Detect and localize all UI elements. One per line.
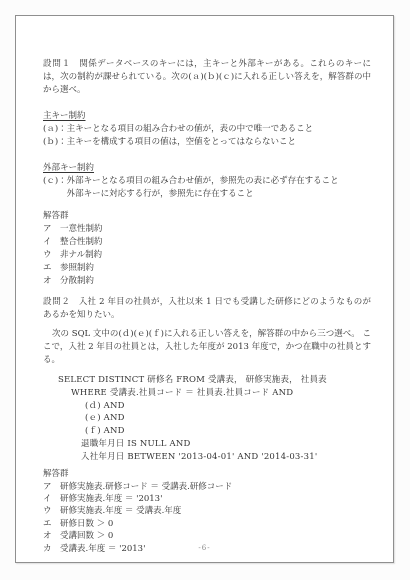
answer-key: イ — [43, 493, 60, 505]
sql-line-hiredate: 入社年月日 BETWEEN '2013-04-01' AND '2014-03-… — [81, 451, 371, 464]
question-2-intro: 設問２入社 2 年目の社員が，入社以来 1 日でも受講した研修にどのようなものが… — [43, 296, 371, 322]
answer-key: ア — [43, 223, 60, 236]
answer-text: 研修日数 ＞ 0 — [60, 518, 371, 530]
question-2-instruction: 次の SQL 文中の(ｄ)(ｅ)(ｆ)に入れる正しい答えを，解答群の中から三つ選… — [43, 328, 371, 367]
q1-answer-group-heading: 解答群 — [43, 210, 371, 223]
constraint-a-label: (ａ)： — [43, 123, 67, 136]
sql-line-blank-e: (ｅ) AND — [85, 412, 371, 425]
answer-key: オ — [43, 530, 60, 542]
constraint-b-label: (ｂ)： — [43, 136, 67, 149]
q1-answer-list: ア 一意性制約 イ 整合性制約 ウ 非ナル制約 エ 参照制約 オ 分散制約 — [43, 223, 371, 288]
answer-key: ア — [43, 481, 60, 493]
foreign-key-constraint-heading: 外部キー制約 — [43, 162, 371, 175]
answer-option: イ 研修実施表.年度 ＝ '2013' — [43, 493, 371, 505]
answer-text: 非ナル制約 — [60, 249, 371, 262]
constraint-c-text: 外部キーとなる項目の組み合わせ値が，参照先の表に必ず存在すること 外部キーに対応… — [67, 175, 371, 201]
answer-text: 研修実施表.研修コード ＝ 受講表.研修コード — [60, 481, 371, 493]
question-1-label: 設問１ — [43, 59, 71, 69]
sql-statement: SELECT DISTINCT 研修名 FROM 受講表， 研修実施表， 社員表… — [43, 374, 371, 464]
answer-option: ウ 非ナル制約 — [43, 249, 371, 262]
answer-key: ウ — [43, 505, 60, 517]
primary-key-constraint-heading: 主キー制約 — [43, 110, 371, 123]
answer-option: ア 一意性制約 — [43, 223, 371, 236]
sql-line-blank-f: (ｆ) AND — [85, 425, 371, 438]
document-page: 設問１関係データベースのキーには，主キーと外部キーがある。これらのキーには，次の… — [15, 15, 394, 563]
question-1-intro: 設問１関係データベースのキーには，主キーと外部キーがある。これらのキーには，次の… — [43, 58, 371, 97]
answer-option: イ 整合性制約 — [43, 236, 371, 249]
constraint-item-a: (ａ)： 主キーとなる項目の組み合わせの値が，表の中で唯一であること — [43, 123, 371, 136]
answer-text: 分散制約 — [60, 275, 371, 288]
constraint-c-line1: 外部キーとなる項目の組み合わせ値が，参照先の表に必ず存在すること — [67, 175, 371, 188]
answer-text: 参照制約 — [60, 262, 371, 275]
sql-line-select: SELECT DISTINCT 研修名 FROM 受講表， 研修実施表， 社員表 — [58, 374, 371, 387]
question-2-label: 設問２ — [43, 297, 71, 307]
answer-key: エ — [43, 518, 60, 530]
answer-text: 研修実施表.年度 ＝ '2013' — [60, 493, 371, 505]
page-content: 設問１関係データベースのキーには，主キーと外部キーがある。これらのキーには，次の… — [43, 58, 371, 532]
constraint-b-text: 主キーを構成する項目の値は，空値をとってはならないこと — [67, 136, 371, 149]
constraint-c-label: (ｃ)： — [43, 175, 67, 201]
answer-option: エ 研修日数 ＞ 0 — [43, 518, 371, 530]
sql-line-retirement: 退職年月日 IS NULL AND — [81, 438, 371, 451]
answer-option: ウ 研修実施表.年度 ＝ 受講表.年度 — [43, 505, 371, 517]
answer-option: オ 受講回数 ＞ 0 — [43, 530, 371, 542]
page-number: -6- — [16, 544, 393, 552]
q2-answer-group-heading: 解答群 — [43, 468, 371, 481]
answer-key: オ — [43, 275, 60, 288]
question-1-intro-text: 関係データベースのキーには，主キーと外部キーがある。これらのキーには，次の制約が… — [43, 59, 371, 95]
answer-option: エ 参照制約 — [43, 262, 371, 275]
answer-text: 整合性制約 — [60, 236, 371, 249]
answer-key: ウ — [43, 249, 60, 262]
constraint-a-text: 主キーとなる項目の組み合わせの値が，表の中で唯一であること — [67, 123, 371, 136]
answer-key: イ — [43, 236, 60, 249]
constraint-item-c: (ｃ)： 外部キーとなる項目の組み合わせ値が，参照先の表に必ず存在すること 外部… — [43, 175, 371, 201]
answer-text: 研修実施表.年度 ＝ 受講表.年度 — [60, 505, 371, 517]
answer-key: エ — [43, 262, 60, 275]
answer-option: オ 分散制約 — [43, 275, 371, 288]
sql-line-blank-d: (ｄ) AND — [85, 400, 371, 413]
question-2-intro-text: 入社 2 年目の社員が，入社以来 1 日でも受講した研修にどのようなものがあるか… — [43, 297, 371, 320]
constraint-item-b: (ｂ)： 主キーを構成する項目の値は，空値をとってはならないこと — [43, 136, 371, 149]
constraint-c-line2: 外部キーに対応する行が，参照先に存在すること — [67, 188, 371, 201]
answer-option: ア 研修実施表.研修コード ＝ 受講表.研修コード — [43, 481, 371, 493]
answer-text: 一意性制約 — [60, 223, 371, 236]
answer-text: 受講回数 ＞ 0 — [60, 530, 371, 542]
sql-line-where: WHERE 受講表.社員コード ＝ 社員表.社員コード AND — [71, 387, 371, 400]
